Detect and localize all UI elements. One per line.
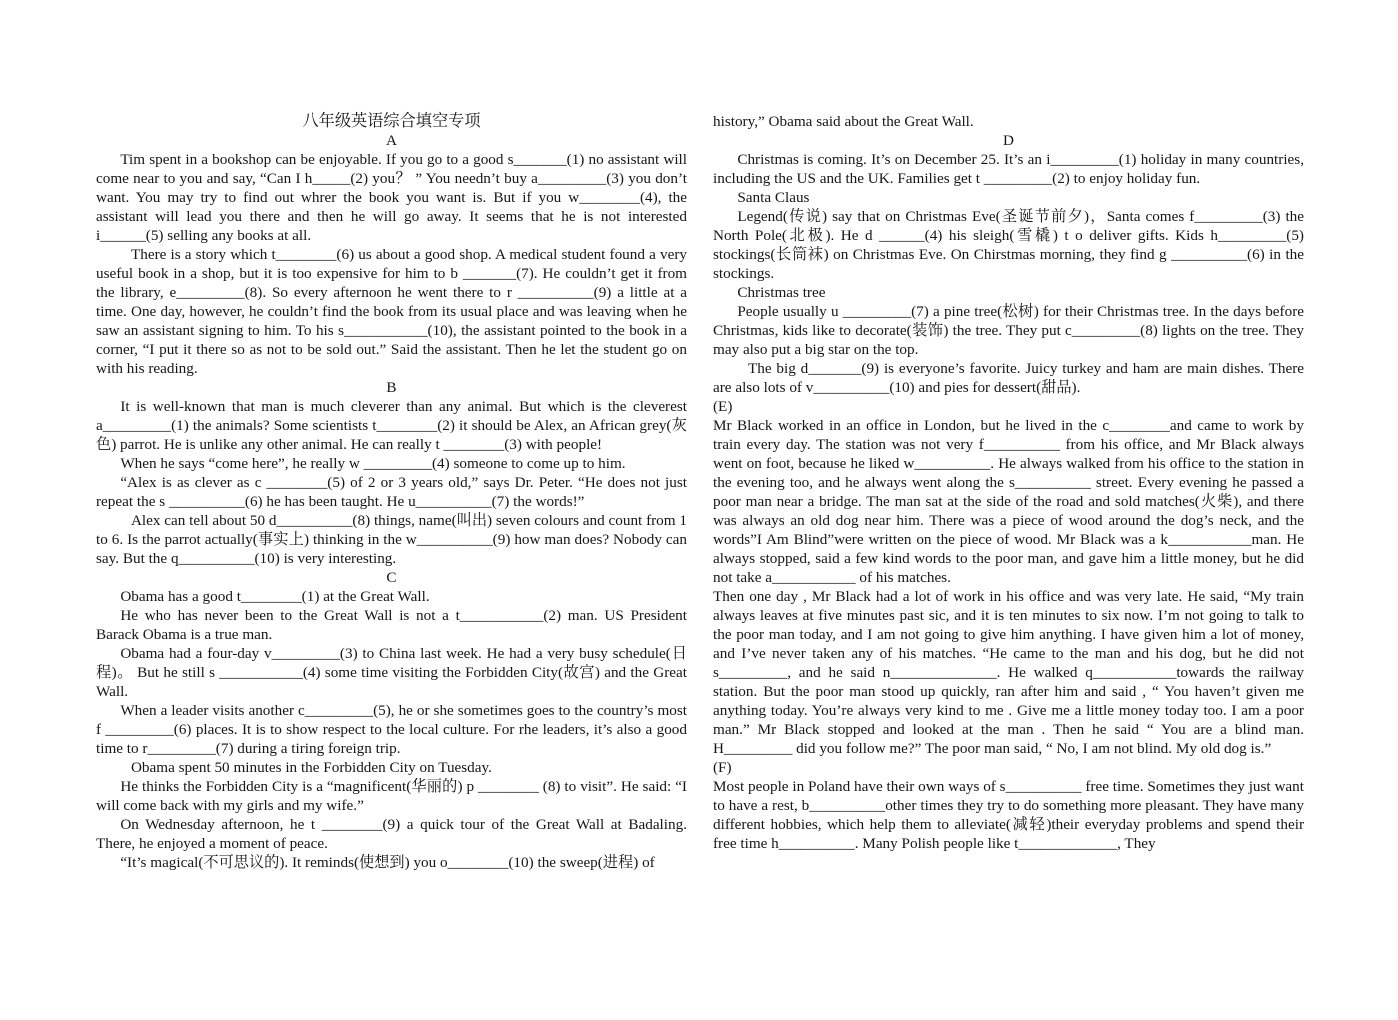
left-column: 八年级英语综合填空专项 A Tim spent in a bookshop ca… <box>96 112 687 872</box>
paragraph-c1: Obama has a good t________(1) at the Gre… <box>96 587 687 606</box>
paragraph-c3: Obama had a four-day v_________(3) to Ch… <box>96 644 687 701</box>
subheading-christmas-tree: Christmas tree <box>713 283 1304 302</box>
paragraph-d3: People usually u _________(7) a pine tre… <box>713 302 1304 359</box>
section-heading-d: D <box>713 131 1304 150</box>
paragraph-d2: Legend(传说) say that on Christmas Eve(圣诞节… <box>713 207 1304 283</box>
exam-page: 八年级英语综合填空专项 A Tim spent in a bookshop ca… <box>0 0 1398 1020</box>
paragraph-f1: Most people in Poland have their own way… <box>713 777 1304 853</box>
section-heading-f: (F) <box>713 758 1304 777</box>
paragraph-c6: He thinks the Forbidden City is a “magni… <box>96 777 687 815</box>
doc-title: 八年级英语综合填空专项 <box>96 112 687 131</box>
paragraph-d4: The big d_______(9) is everyone’s favori… <box>713 359 1304 397</box>
section-heading-a: A <box>96 131 687 150</box>
paragraph-b1: It is well-known that man is much clever… <box>96 397 687 454</box>
right-column: history,” Obama said about the Great Wal… <box>713 112 1304 872</box>
paragraph-e1: Mr Black worked in an office in London, … <box>713 416 1304 587</box>
paragraph-c4: When a leader visits another c_________(… <box>96 701 687 758</box>
section-heading-e: (E) <box>713 397 1304 416</box>
paragraph-c2: He who has never been to the Great Wall … <box>96 606 687 644</box>
section-heading-b: B <box>96 378 687 397</box>
paragraph-a2: There is a story which t________(6) us a… <box>96 245 687 378</box>
paragraph-d1: Christmas is coming. It’s on December 25… <box>713 150 1304 188</box>
paragraph-c5: Obama spent 50 minutes in the Forbidden … <box>96 758 687 777</box>
paragraph-b4: Alex can tell about 50 d__________(8) th… <box>96 511 687 568</box>
paragraph-c-continued: history,” Obama said about the Great Wal… <box>713 112 1304 131</box>
paragraph-e2: Then one day , Mr Black had a lot of wor… <box>713 587 1304 758</box>
paragraph-b3: “Alex is as clever as c ________(5) of 2… <box>96 473 687 511</box>
subheading-santa-claus: Santa Claus <box>713 188 1304 207</box>
section-heading-c: C <box>96 568 687 587</box>
paragraph-c8: “It’s magical(不可思议的). It reminds(使想到) yo… <box>96 853 687 872</box>
paragraph-b2: When he says “come here”, he really w __… <box>96 454 687 473</box>
paragraph-c7: On Wednesday afternoon, he t ________(9)… <box>96 815 687 853</box>
paragraph-a1: Tim spent in a bookshop can be enjoyable… <box>96 150 687 245</box>
page-content: 八年级英语综合填空专项 A Tim spent in a bookshop ca… <box>96 112 1304 872</box>
